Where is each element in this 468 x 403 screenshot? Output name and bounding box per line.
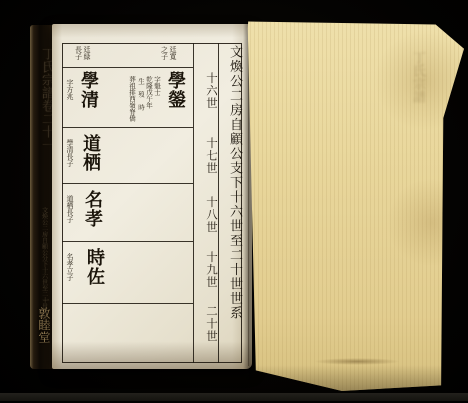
spine-page-marker: 一 (41, 297, 51, 304)
generation-label-20: 二十世 (194, 305, 218, 343)
row-line-1 (62, 67, 193, 68)
note-shizuo: 名孝立子 (66, 253, 74, 281)
ancestor-name-mingxiao: 名孝 (82, 190, 103, 228)
generation-label-16: 十六世 (194, 72, 218, 110)
row-line-4 (62, 241, 193, 242)
generation-label-19: 十九世 (194, 251, 218, 289)
row-line-3 (62, 183, 193, 184)
photo-genealogy-book-open: 丁氏宗譜卷二十一 文煥公二房自顧公分下十六世至二十世世系 一 敦睦堂 文煥公二房… (0, 0, 468, 403)
bio-burial-place: 葬祖排西嶺脊僑 (128, 76, 135, 122)
table-surface (0, 393, 468, 401)
note-mingxiao: 道栖長子 (66, 195, 74, 223)
bio-courtesy-name: 字魁士 (153, 76, 160, 96)
bio-life-events: 生 歿 時 (137, 78, 144, 111)
row-line-2 (62, 127, 193, 128)
ink-smudge (314, 358, 400, 365)
father-note-xueqing: 廷緑長子 (74, 46, 91, 63)
ancestor-name-xueying: 學鎣 (165, 71, 186, 109)
ancestor-name-daoqi: 道栖 (80, 134, 101, 172)
ancestor-name-xueqing: 學清 (78, 71, 99, 109)
ancestor-name-shizuo: 時佐 (84, 248, 105, 286)
volume-title: 文煥公二房自顧公支下十六世至二十世世系 (219, 45, 242, 357)
note-xueqing: 字方兆 (66, 79, 74, 100)
father-note-xueying: 廷寬之子 (160, 46, 177, 63)
right-page: 丁氏宗譜 (246, 17, 464, 391)
note-daoqi: 學清長子 (66, 139, 74, 167)
row-line-5 (62, 303, 193, 304)
generation-label-18: 十八世 (194, 196, 218, 234)
left-page: 文煥公二房自顧公支下十六世至二十世世系 十六世 十七世 十八世 十九世 二十世 … (52, 24, 252, 369)
ghost-bleedthrough-text: 丁氏宗譜 (404, 51, 430, 103)
generation-label-17: 十七世 (194, 137, 218, 175)
spine-hall-mark: 敦睦堂 (35, 307, 52, 343)
bio-birth-year: 乾隆戊午年 (145, 76, 152, 109)
